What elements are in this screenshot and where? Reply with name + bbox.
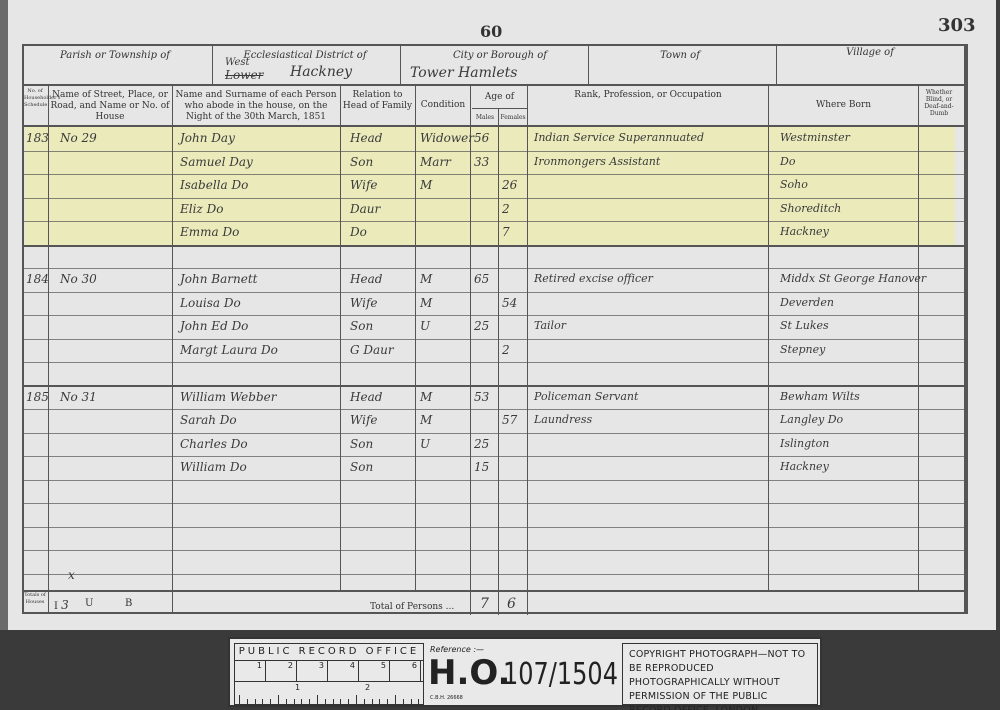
cell-relation: Son	[350, 155, 373, 169]
ruler-tick	[372, 699, 373, 705]
row-rule	[24, 268, 964, 269]
ecclesiastical-struck: Lower	[225, 68, 263, 82]
cell-occupation: Tailor	[534, 319, 566, 332]
ecclesiastical-value: Hackney	[290, 64, 352, 80]
cell-condition: M	[420, 296, 432, 310]
cell-born: St Lukes	[780, 319, 829, 332]
ecclesiastical-insert: West	[225, 57, 250, 68]
row-rule	[24, 174, 964, 175]
ruler-tick	[418, 699, 419, 705]
label-title: PUBLIC RECORD OFFICE	[235, 646, 423, 657]
cell-schedule: 183	[26, 131, 49, 145]
totals-males: 7	[480, 596, 489, 612]
cell-born: Hackney	[780, 460, 829, 473]
cell-born: Deverden	[780, 296, 834, 309]
ruler-tick-label: 6	[390, 661, 421, 681]
cell-occupation: Retired excise officer	[534, 272, 653, 285]
ruler-tick	[317, 695, 318, 705]
cell-born: Middx St George Hanover	[780, 272, 926, 285]
cell-relation: Daur	[350, 202, 380, 216]
ruler-tick	[411, 699, 412, 705]
cell-occupation: Laundress	[534, 413, 592, 426]
cell-female: 2	[502, 202, 510, 216]
cell-name: William Do	[180, 460, 247, 474]
ruler-tick	[379, 699, 380, 705]
cell-house: No 31	[60, 390, 97, 404]
cell-name: Charles Do	[180, 437, 248, 451]
ruler-tick	[403, 699, 404, 705]
cell-female: 7	[502, 225, 510, 239]
ruler-tick	[301, 699, 302, 705]
ruler-tick-label: 1	[235, 661, 266, 681]
cell-born: Soho	[780, 178, 808, 191]
cell-relation: Son	[350, 319, 373, 333]
cell-relation: Head	[350, 390, 382, 404]
col-condition: Condition	[417, 100, 469, 111]
page-number-right: 303	[938, 15, 976, 36]
cell-male: 33	[474, 155, 489, 169]
cell-name: Eliz Do	[180, 202, 223, 216]
ruler-tick	[395, 695, 396, 705]
row-rule	[24, 550, 964, 551]
row-rule	[24, 315, 964, 316]
cell-female: 54	[502, 296, 517, 310]
cell-male: 65	[474, 272, 489, 286]
cell-relation: Head	[350, 131, 382, 145]
cell-occupation: Indian Service Superannuated	[534, 131, 704, 144]
cell-name: John Ed Do	[180, 319, 248, 333]
cell-name: John Day	[180, 131, 235, 145]
ruler-tick	[364, 699, 365, 705]
record-office-label: PUBLIC RECORD OFFICE 12345612 Reference …	[228, 637, 822, 707]
ruler-tick	[348, 699, 349, 705]
page-number-center: 60	[480, 22, 502, 41]
ruler-tick	[356, 695, 357, 705]
row-rule	[24, 574, 964, 575]
totals-building: B	[125, 598, 132, 609]
ruler-tick-label: 3	[297, 661, 328, 681]
ruler-tick	[247, 699, 248, 705]
col-street: Name of Street, Place, or Road, and Name…	[50, 90, 170, 123]
city-value: Tower Hamlets	[410, 65, 518, 81]
cell-female: 26	[502, 178, 517, 192]
cell-condition: U	[420, 437, 430, 451]
ruler-inch-label: 1	[295, 683, 300, 692]
reference-code: C.B.H. 26668	[430, 695, 463, 701]
cell-name: Isabella Do	[180, 178, 248, 192]
cell-occupation: Ironmongers Assistant	[534, 155, 660, 168]
city-label: City or Borough of	[420, 50, 580, 61]
cell-house: No 30	[60, 272, 97, 286]
cell-relation: G Daur	[350, 343, 394, 357]
cell-male: 25	[474, 319, 489, 333]
totals-persons-label: Total of Persons ...	[370, 602, 454, 612]
row-rule	[24, 339, 964, 340]
row-rule	[24, 221, 964, 222]
cell-condition: U	[420, 319, 430, 333]
ruler-tick	[255, 699, 256, 705]
reference-box: Reference :— H.O. 107/1504 C.B.H. 26668	[428, 643, 618, 705]
cell-condition: M	[420, 178, 432, 192]
ruler-tick	[325, 699, 326, 705]
cell-female: 57	[502, 413, 517, 427]
cell-relation: Head	[350, 272, 382, 286]
ruler-tick-label: 4	[328, 661, 359, 681]
cell-name: Sarah Do	[180, 413, 237, 427]
cell-schedule: 185	[26, 390, 49, 404]
row-rule	[24, 409, 964, 410]
row-rule	[24, 433, 964, 434]
cell-name: William Webber	[180, 390, 276, 404]
ruler-tick	[387, 699, 388, 705]
cell-relation: Wife	[350, 296, 378, 310]
ruler-tick	[340, 699, 341, 705]
cell-male: 53	[474, 390, 489, 404]
row-rule	[24, 527, 964, 528]
row-rule	[24, 151, 964, 152]
marginal-mark: x	[68, 568, 75, 582]
cell-condition: Widower	[420, 131, 474, 145]
cell-born: Shoreditch	[780, 202, 841, 215]
cell-male: 56	[474, 131, 489, 145]
cell-female: 2	[502, 343, 510, 357]
col-occupation: Rank, Profession, or Occupation	[529, 90, 767, 101]
cell-name: John Barnett	[180, 272, 258, 286]
row-rule	[24, 480, 964, 481]
totals-uninhabited: U	[85, 598, 93, 609]
cell-house: No 29	[60, 131, 97, 145]
col-born: Where Born	[770, 100, 917, 111]
cell-born: Westminster	[780, 131, 850, 144]
page-edge	[0, 0, 8, 634]
cell-relation: Wife	[350, 413, 378, 427]
cell-male: 25	[474, 437, 489, 451]
cell-schedule: 184	[26, 272, 49, 286]
town-label: Town of	[600, 50, 760, 61]
cell-condition: Marr	[420, 155, 451, 169]
cell-born: Bewham Wilts	[780, 390, 860, 403]
cell-born: Langley Do	[780, 413, 843, 426]
household-divider	[24, 245, 964, 247]
cell-condition: M	[420, 272, 432, 286]
ruler-box: PUBLIC RECORD OFFICE 12345612	[234, 643, 424, 705]
reference-number: 107/1504	[503, 657, 618, 692]
row-rule	[24, 292, 964, 293]
cell-born: Do	[780, 155, 795, 168]
totals-houses-label: Totals of Houses	[24, 592, 46, 606]
col-relation: Relation to Head of Family	[342, 90, 413, 112]
col-blind: Whether Blind, or Deaf-and-Dumb	[919, 89, 959, 117]
parish-label: Parish or Township of	[40, 50, 190, 61]
ruler-tick-label: 5	[359, 661, 390, 681]
ruler-tick	[239, 695, 240, 705]
cell-condition: M	[420, 413, 432, 427]
ruler-tick	[270, 699, 271, 705]
cell-name: Margt Laura Do	[180, 343, 278, 357]
cell-occupation: Policeman Servant	[534, 390, 638, 403]
ruler-inch-label: 2	[365, 683, 370, 692]
col-males: Males	[472, 114, 498, 121]
cell-born: Stepney	[780, 343, 825, 356]
village-label: Village of	[790, 47, 950, 58]
cell-name: Louisa Do	[180, 296, 241, 310]
ruler-tick	[333, 699, 334, 705]
cell-condition: M	[420, 390, 432, 404]
col-schedule: No. of Householder's Schedule	[24, 88, 46, 109]
col-females: Females	[499, 114, 527, 121]
row-rule	[24, 198, 964, 199]
totals-females: 6	[507, 596, 516, 612]
household-divider	[24, 385, 964, 387]
row-rule	[24, 362, 964, 363]
col-age: Age of	[472, 92, 527, 103]
ruler-tick-label: 2	[266, 661, 297, 681]
copyright-notice: COPYRIGHT PHOTOGRAPH—NOT TO BE REPRODUCE…	[622, 643, 818, 705]
ruler-tick	[262, 699, 263, 705]
row-rule	[24, 456, 964, 457]
cell-name: Samuel Day	[180, 155, 253, 169]
cell-born: Islington	[780, 437, 829, 450]
ruler-tick	[309, 699, 310, 705]
cell-male: 15	[474, 460, 489, 474]
ruler-tick	[286, 699, 287, 705]
ruler-tick	[294, 699, 295, 705]
ruler-tick	[278, 695, 279, 705]
row-rule	[24, 503, 964, 504]
cell-relation: Wife	[350, 178, 378, 192]
cell-name: Emma Do	[180, 225, 239, 239]
reference-prefix: H.O.	[428, 653, 510, 693]
cell-relation: Son	[350, 460, 373, 474]
cell-born: Hackney	[780, 225, 829, 238]
totals-inhabited: I 3	[54, 598, 69, 612]
cell-relation: Son	[350, 437, 373, 451]
col-name: Name and Surname of each Person who abod…	[174, 90, 338, 123]
cell-relation: Do	[350, 225, 367, 239]
